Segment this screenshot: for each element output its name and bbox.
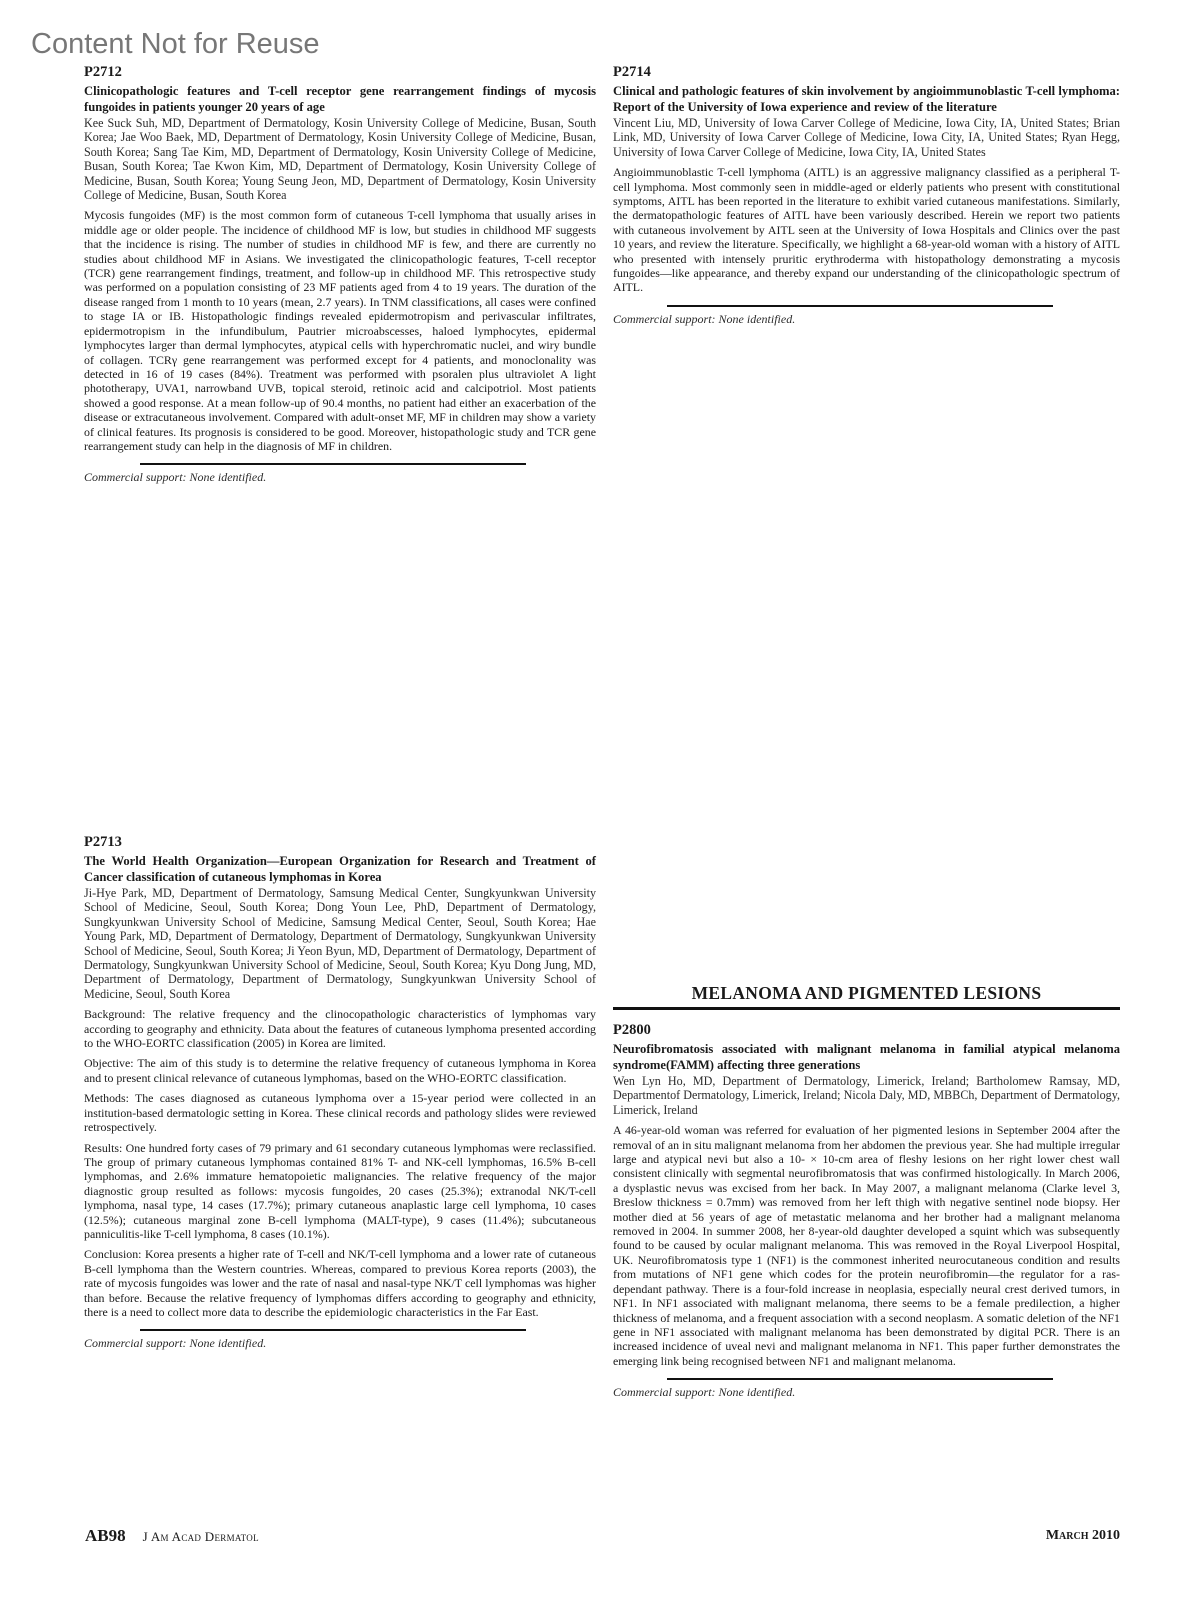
journal-name: J Am Acad Dermatol (143, 1529, 259, 1544)
commercial-support: Commercial support: None identified. (84, 1336, 596, 1350)
divider-rule (667, 305, 1053, 307)
abstract-authors: Ji-Hye Park, MD, Department of Dermatolo… (84, 886, 596, 1001)
abstract-background: Background: The relative frequency and t… (84, 1007, 596, 1050)
abstract-results: Results: One hundred forty cases of 79 p… (84, 1141, 596, 1242)
commercial-support: Commercial support: None identified. (613, 312, 1120, 326)
commercial-support: Commercial support: None identified. (84, 470, 596, 484)
page-number: AB98 (85, 1526, 126, 1545)
abstract-methods: Methods: The cases diagnosed as cutaneou… (84, 1091, 596, 1134)
section-heading: MELANOMA AND PIGMENTED LESIONS (613, 983, 1120, 1003)
watermark: Content Not for Reuse (31, 30, 320, 59)
abstract-id: P2800 (613, 1022, 1120, 1038)
divider-rule (140, 1329, 526, 1331)
abstract-title: Clinicopathologic features and T-cell re… (84, 83, 596, 115)
abstract-title: Clinical and pathologic features of skin… (613, 83, 1120, 115)
abstract-id: P2713 (84, 834, 596, 850)
abstract-objective: Objective: The aim of this study is to d… (84, 1056, 596, 1085)
abstract-title: The World Health Organization—European O… (84, 853, 596, 885)
abstract-conclusion: Conclusion: Korea presents a higher rate… (84, 1247, 596, 1319)
abstract-title: Neurofibromatosis associated with malign… (613, 1041, 1120, 1073)
abstract-p2714: P2714 Clinical and pathologic features o… (613, 64, 1120, 326)
abstract-authors: Wen Lyn Ho, MD, Department of Dermatolog… (613, 1074, 1120, 1117)
abstract-p2800: P2800 Neurofibromatosis associated with … (613, 1022, 1120, 1399)
commercial-support: Commercial support: None identified. (613, 1385, 1120, 1399)
abstract-p2713: P2713 The World Health Organization—Euro… (84, 834, 596, 1350)
abstract-body: Mycosis fungoides (MF) is the most commo… (84, 208, 596, 453)
abstract-authors: Kee Suck Suh, MD, Department of Dermatol… (84, 116, 596, 202)
abstract-body: A 46-year-old woman was referred for eva… (613, 1123, 1120, 1368)
abstract-body: Angioimmunoblastic T-cell lymphoma (AITL… (613, 165, 1120, 295)
page-footer-left: AB98 J Am Acad Dermatol (85, 1526, 259, 1546)
issue-date: March 2010 (1046, 1528, 1120, 1544)
abstract-id: P2712 (84, 64, 596, 80)
divider-rule (667, 1378, 1053, 1380)
abstract-p2712: P2712 Clinicopathologic features and T-c… (84, 64, 596, 484)
abstract-authors: Vincent Liu, MD, University of Iowa Carv… (613, 116, 1120, 159)
divider-rule (140, 463, 526, 465)
abstract-id: P2714 (613, 64, 1120, 80)
section-rule (613, 1007, 1120, 1010)
